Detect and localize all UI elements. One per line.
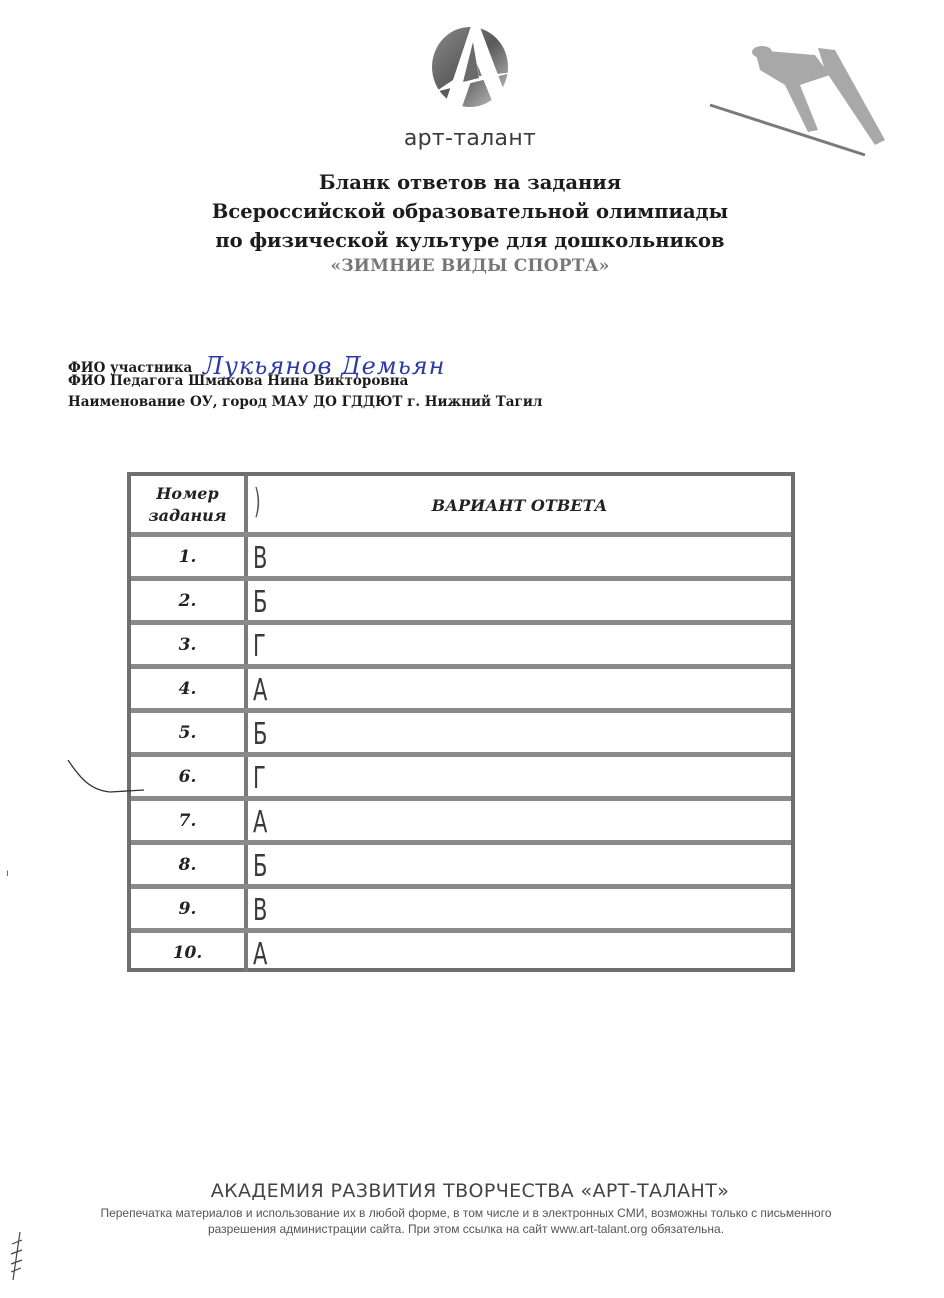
teacher-label: ФИО Педагога — [68, 373, 183, 389]
document-subtitle: «ЗИМНИЕ ВИДЫ СПОРТА» — [160, 256, 780, 276]
task-number: 8. — [131, 845, 248, 884]
task-number: 9. — [131, 889, 248, 928]
answer-cell: А — [248, 933, 791, 972]
answer-cell: В — [248, 537, 791, 576]
task-number: 5. — [131, 713, 248, 752]
footer-title: АКАДЕМИЯ РАЗВИТИЯ ТВОРЧЕСТВА «АРТ-ТАЛАНТ… — [90, 1180, 850, 1202]
title-line-1: Бланк ответов на задания — [160, 168, 780, 197]
handwritten-answer: Г — [253, 757, 266, 801]
answer-cell: Б — [248, 581, 791, 620]
table-row: 7.А — [131, 796, 791, 840]
stray-scribble — [10, 1232, 24, 1282]
column-header-answer: ВАРИАНТ ОТВЕТА — [248, 496, 791, 515]
teacher-name: Шмакова Нина Викторовна — [188, 373, 408, 389]
ski-jumper-icon — [700, 30, 940, 160]
table-row: 9.В — [131, 884, 791, 928]
column-header-number: Номерзадания — [131, 476, 248, 534]
answer-cell: Б — [248, 713, 791, 752]
stray-pen-stroke — [60, 760, 160, 810]
table-row: 10.А — [131, 928, 791, 972]
handwritten-answer: Б — [253, 713, 267, 757]
art-talant-logo-icon — [415, 12, 525, 112]
handwritten-answer: Г — [253, 625, 266, 669]
task-number: 3. — [131, 625, 248, 664]
answer-cell: А — [248, 801, 791, 840]
task-number: 10. — [131, 933, 248, 972]
table-row: 1.В — [131, 532, 791, 576]
handwritten-answer: Б — [253, 581, 267, 625]
table-row: 3.Г — [131, 620, 791, 664]
logo-text: арт-талант — [380, 126, 560, 151]
handwritten-answer: А — [253, 933, 267, 977]
title-line-2: Всероссийской образовательной олимпиады — [160, 197, 780, 226]
title-line-3: по физической культуре для дошкольников — [160, 226, 780, 255]
footer-notice: Перепечатка материалов и использование и… — [96, 1205, 836, 1237]
handwritten-answer: В — [253, 537, 267, 581]
task-number: 1. — [131, 537, 248, 576]
teacher-line: ФИО Педагога Шмакова Нина Викторовна — [68, 373, 408, 389]
task-number: 2. — [131, 581, 248, 620]
handwritten-answer: А — [253, 801, 267, 845]
handwritten-bracket-mark: ) — [254, 482, 261, 522]
answer-cell: В — [248, 889, 791, 928]
table-row: 2.Б — [131, 576, 791, 620]
answer-cell: Б — [248, 845, 791, 884]
answer-table: Номерзадания ) ВАРИАНТ ОТВЕТА 1.В2.Б3.Г4… — [127, 472, 795, 972]
table-row: 8.Б — [131, 840, 791, 884]
stray-mark: ı — [6, 868, 9, 879]
answer-cell: Г — [248, 625, 791, 664]
handwritten-answer: Б — [253, 845, 267, 889]
answer-cell: Г — [248, 757, 791, 796]
table-row: 6.Г — [131, 752, 791, 796]
document-title: Бланк ответов на задания Всероссийской о… — [160, 168, 780, 255]
school-label: Наименование ОУ, город — [68, 394, 267, 410]
handwritten-answer: В — [253, 889, 267, 933]
table-row: 5.Б — [131, 708, 791, 752]
task-number: 4. — [131, 669, 248, 708]
table-header-row: Номерзадания ) ВАРИАНТ ОТВЕТА — [131, 476, 791, 534]
handwritten-answer: А — [253, 669, 267, 713]
table-row: 4.А — [131, 664, 791, 708]
answer-cell: А — [248, 669, 791, 708]
school-name: МАУ ДО ГДДЮТ г. Нижний Тагил — [272, 394, 543, 410]
school-line: Наименование ОУ, город МАУ ДО ГДДЮТ г. Н… — [68, 394, 542, 410]
